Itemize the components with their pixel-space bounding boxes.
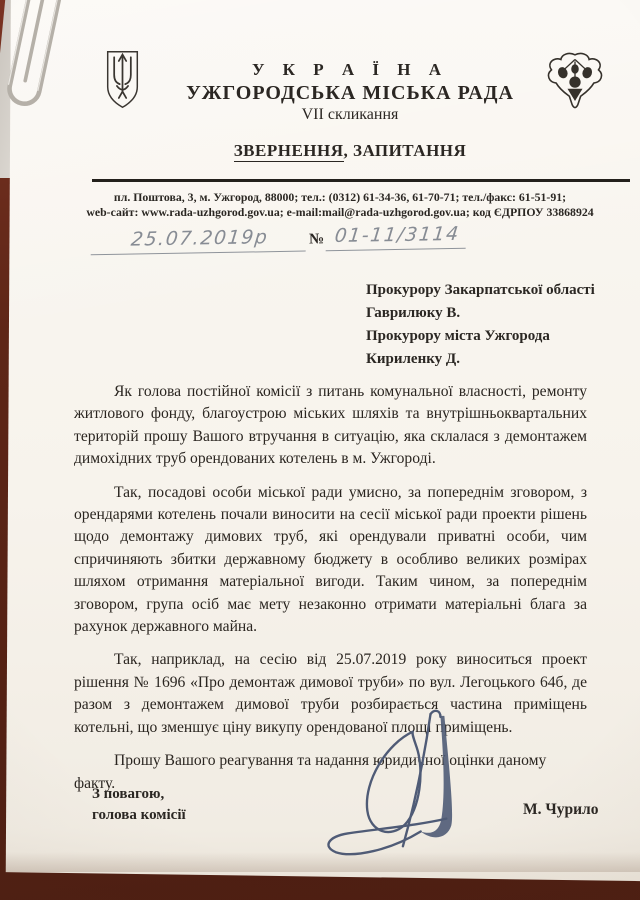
org-name: УЖГОРОДСЬКА МІСЬКА РАДА bbox=[120, 82, 580, 105]
paper-bottom-shadow bbox=[0, 852, 640, 872]
body-paragraph: Як голова постійної комісії з питань ком… bbox=[74, 381, 587, 471]
reference-row: 25.07.2019р № 01-11/3114 bbox=[92, 223, 467, 256]
handwritten-signature-icon bbox=[295, 710, 495, 868]
org-web-line: web-сайт: www.rada-uzhgorod.gov.ua; e-ma… bbox=[70, 205, 610, 220]
header-divider-rule bbox=[92, 179, 630, 182]
document-title: ЗВЕРНЕННЯ, ЗАПИТАННЯ bbox=[120, 141, 580, 161]
closing-respectfully: З повагою, bbox=[92, 784, 186, 805]
addressee-line: Прокурору міста Ужгорода bbox=[366, 325, 595, 348]
handwritten-date: 25.07.2019р bbox=[91, 225, 309, 255]
addressee-line: Прокурору Закарпатської області bbox=[366, 279, 595, 302]
addressee-block: Прокурору Закарпатської області Гаврилюк… bbox=[366, 279, 595, 371]
org-convocation: VII скликання bbox=[120, 106, 580, 124]
body-paragraph: Так, посадові особи міської ради умисно,… bbox=[74, 482, 587, 639]
number-sign: № bbox=[309, 231, 324, 248]
closing-block: З повагою, голова комісії bbox=[92, 784, 186, 826]
addressee-line: Кириленку Д. bbox=[366, 348, 595, 371]
signatory-name: М. Чурило bbox=[523, 801, 599, 819]
document-title-rest: , ЗАПИТАННЯ bbox=[344, 141, 467, 160]
addressee-line: Гаврилюку В. bbox=[366, 302, 595, 325]
document-title-underlined: ЗВЕРНЕННЯ bbox=[234, 141, 344, 162]
handwritten-number: 01-11/3114 bbox=[326, 223, 469, 251]
paper-sheet: У К Р А Ї Н А УЖГОРОДСЬКА МІСЬКА РАДА VI… bbox=[0, 0, 640, 900]
org-address-line: пл. Поштова, 3, м. Ужгород, 88000; тел.:… bbox=[70, 190, 610, 205]
closing-position: голова комісії bbox=[92, 805, 186, 826]
org-country-name: У К Р А Ї Н А bbox=[120, 60, 580, 80]
photo-of-document: У К Р А Ї Н А УЖГОРОДСЬКА МІСЬКА РАДА VI… bbox=[0, 0, 640, 900]
org-contact-block: пл. Поштова, 3, м. Ужгород, 88000; тел.:… bbox=[70, 190, 610, 219]
